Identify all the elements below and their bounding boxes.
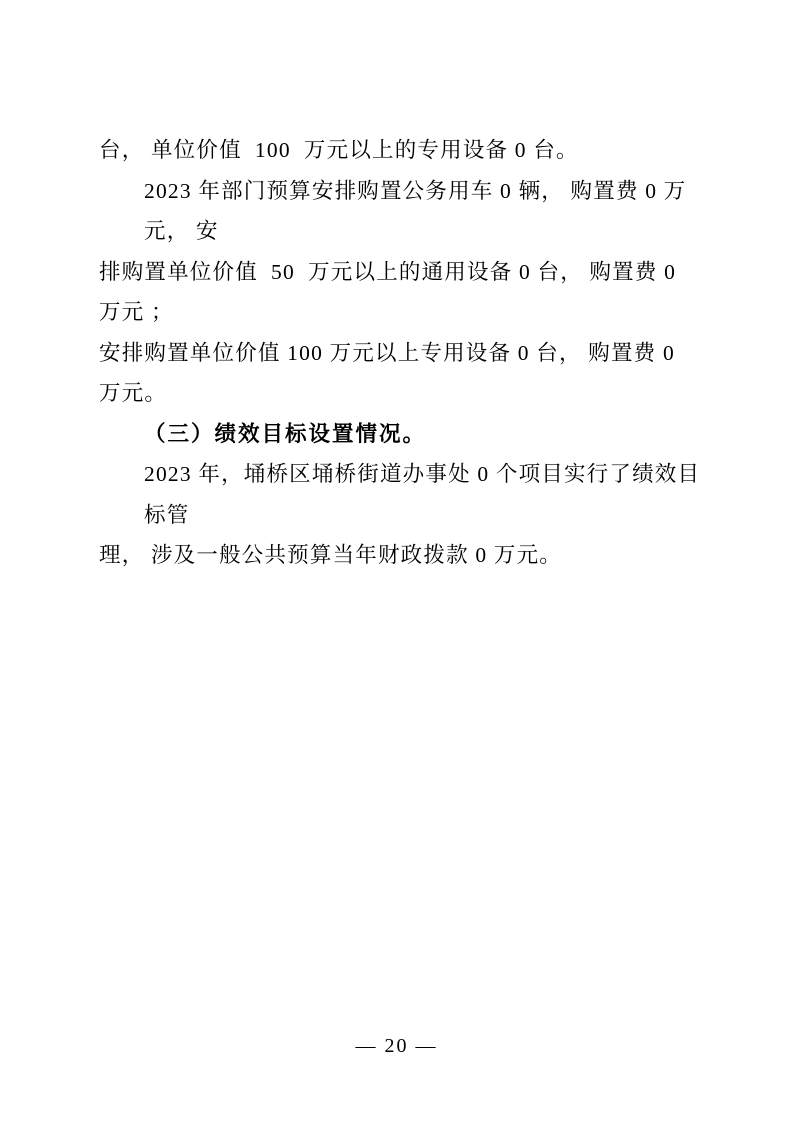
body-line-vehicle-purchase: 2023 年部门预算安排购置公务用车 0 辆， 购置费 0 万元， 安 bbox=[99, 171, 703, 252]
section-heading-performance-targets: （三）绩效目标设置情况。 bbox=[99, 414, 703, 455]
page-number: — 20 — bbox=[356, 1035, 438, 1057]
body-line-equipment-continuation: 台， 单位价值 100 万元以上的专用设备 0 台。 bbox=[99, 130, 703, 171]
body-line-special-equipment: 安排购置单位价值 100 万元以上专用设备 0 台， 购置费 0 万元。 bbox=[99, 333, 703, 414]
body-line-fiscal-allocation: 理， 涉及一般公共预算当年财政拨款 0 万元。 bbox=[99, 535, 703, 576]
body-text: 台， 单位价值 100 万元以上的专用设备 0 台。 2023 年部门预算安排购… bbox=[99, 130, 703, 576]
body-line-general-equipment: 排购置单位价值 50 万元以上的通用设备 0 台， 购置费 0 万元 ； bbox=[99, 252, 703, 333]
document-page: 台， 单位价值 100 万元以上的专用设备 0 台。 2023 年部门预算安排购… bbox=[0, 0, 793, 1122]
page-footer: — 20 — bbox=[0, 1035, 793, 1058]
body-line-performance-management: 2023 年，埇桥区埇桥街道办事处 0 个项目实行了绩效目标管 bbox=[99, 454, 703, 535]
